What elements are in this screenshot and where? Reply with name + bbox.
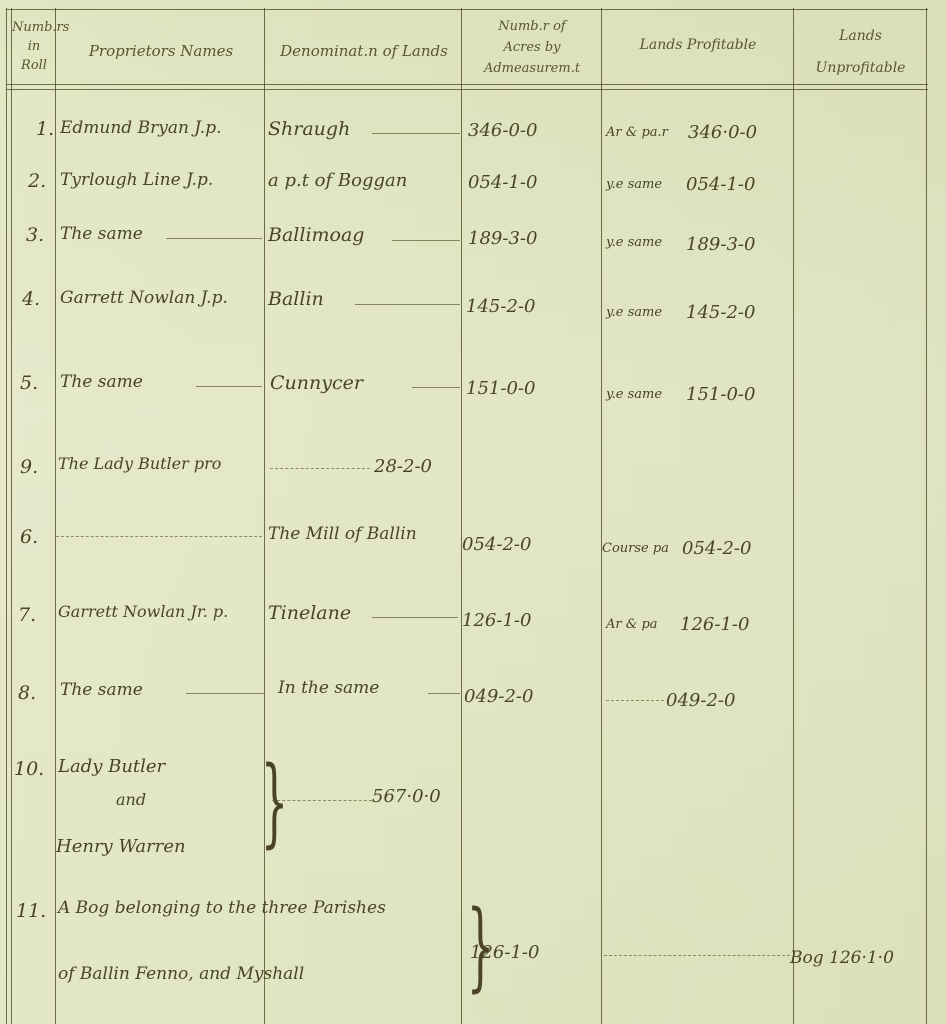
row-number: 6. [20, 528, 38, 547]
proprietor-name-line-1: Lady Butler [58, 758, 165, 776]
manuscript-page: Numb.rs in Roll Proprietors Names Denomi… [0, 0, 946, 1024]
proprietor-name: Garrett Nowlan Jr. p. [58, 604, 228, 620]
filler-dash [166, 238, 262, 239]
acres-value: 346-0-0 [468, 122, 537, 140]
header-number-line-1: Numb.rs [12, 18, 56, 37]
land-acreage: 567·0·0 [372, 788, 441, 806]
col-rule-denomination [461, 8, 462, 1024]
proprietor-name: Edmund Bryan J.p. [60, 120, 222, 137]
col-rule-profitable [793, 8, 794, 1024]
acres-value: 054-1-0 [468, 174, 537, 192]
profitable-note: Ar & pa [606, 618, 658, 631]
profitable-value: 145-2-0 [686, 304, 755, 322]
profitable-note: y.e same [606, 306, 662, 319]
row-number: 9. [20, 458, 38, 477]
proprietor-name: The same [60, 374, 143, 391]
header-bottom-rule-1 [6, 84, 928, 85]
header-unprofitable: Lands Unprofitable [795, 20, 926, 84]
profitable-value: 189-3-0 [686, 236, 755, 254]
filler-dash [606, 700, 664, 701]
header-acres-line-2: Acres by [463, 37, 601, 58]
header-number-line-2: in [12, 37, 56, 56]
row-number: 3. [26, 226, 44, 245]
profitable-note: Course pa [602, 542, 669, 555]
header-acres-line-1: Numb.r of [463, 16, 601, 37]
profitable-note: Ar & pa.r [606, 126, 668, 139]
filler-dash [196, 386, 262, 387]
land-denomination: Tinelane [268, 604, 351, 623]
acres-value: 054-2-0 [462, 536, 531, 554]
acres-value: 151-0-0 [466, 380, 535, 398]
col-rule-proprietors [264, 8, 265, 1024]
land-denomination: Shraugh [268, 120, 350, 139]
filler-dash [270, 468, 370, 469]
land-denomination: Ballin [268, 290, 324, 309]
header-denomination: Denominat.n of Lands [266, 44, 462, 59]
acres-value: 145-2-0 [466, 298, 535, 316]
col-rule-acres [601, 8, 602, 1024]
acres-value: 126-1-0 [462, 612, 531, 630]
header-acres: Numb.r of Acres by Admeasurem.t [463, 16, 601, 79]
row-number: 10. [14, 760, 44, 779]
brace-icon: } [261, 754, 288, 850]
profitable-value: 126-1-0 [680, 616, 749, 634]
row-number: 5. [20, 374, 38, 393]
profitable-value: 151-0-0 [686, 386, 755, 404]
proprietor-name-line-2: and [116, 792, 146, 808]
filler-dash [372, 133, 460, 134]
acres-value: 049-2-0 [464, 688, 533, 706]
filler-dash [186, 693, 264, 694]
header-number-line-3: Roll [12, 56, 56, 75]
proprietor-name: The Lady Butler pro [58, 456, 221, 472]
filler-dash [372, 617, 458, 618]
header-unprofitable-line-1: Lands [795, 20, 926, 52]
profitable-note: y.e same [606, 178, 662, 191]
acres-value: 189-3-0 [468, 230, 537, 248]
land-denomination: Ballimoag [268, 226, 364, 245]
land-denomination: In the same [278, 680, 379, 697]
profitable-note: y.e same [606, 236, 662, 249]
land-denomination: a p.t of Boggan [268, 172, 407, 190]
proprietor-name: The same [60, 682, 143, 699]
proprietor-name: The same [60, 226, 143, 243]
description-line-1: A Bog belonging to the three Parishes [58, 900, 386, 917]
acres-value: 126-1-0 [470, 944, 539, 962]
land-denomination: The Mill of Ballin [268, 526, 417, 543]
left-inner-rule [11, 8, 12, 1024]
filler-dash [428, 693, 460, 694]
row-number: 11. [16, 902, 46, 921]
header-proprietors: Proprietors Names [58, 44, 264, 59]
row-number: 2. [28, 172, 46, 191]
filler-dash [392, 240, 460, 241]
proprietor-name: Garrett Nowlan J.p. [60, 290, 228, 307]
profitable-value: 049-2-0 [666, 692, 735, 710]
header-unprofitable-line-2: Unprofitable [795, 52, 926, 84]
filler-dash [355, 304, 460, 305]
col-rule-number [55, 8, 56, 1024]
profitable-value: 054-1-0 [686, 176, 755, 194]
top-rule [6, 9, 928, 10]
profitable-note: y.e same [606, 388, 662, 401]
filler-dash [604, 955, 790, 956]
header-number: Numb.rs in Roll [12, 18, 56, 75]
proprietor-name: Tyrlough Line J.p. [60, 172, 213, 189]
header-profitable: Lands Profitable [603, 38, 793, 52]
filler-dash [56, 536, 262, 537]
row-number: 4. [22, 290, 40, 309]
description-line-2: of Ballin Fenno, and Myshall [58, 966, 304, 983]
header-acres-line-3: Admeasurem.t [463, 58, 601, 79]
filler-dash [412, 387, 460, 388]
right-outer-rule [926, 8, 927, 1024]
proprietor-name-line-3: Henry Warren [56, 838, 186, 856]
row-number: 1. [36, 120, 54, 139]
header-bottom-rule-2 [6, 89, 928, 90]
land-denomination: Cunnycer [270, 374, 363, 393]
profitable-value: 054-2-0 [682, 540, 751, 558]
row-number: 8. [18, 684, 36, 703]
profitable-value: 346·0-0 [688, 124, 757, 142]
left-outer-rule [6, 8, 7, 1024]
unprofitable-value: Bog 126·1·0 [790, 950, 894, 967]
row-number: 7. [18, 606, 36, 625]
land-acreage: 28-2-0 [374, 458, 432, 476]
filler-dash [272, 800, 372, 801]
